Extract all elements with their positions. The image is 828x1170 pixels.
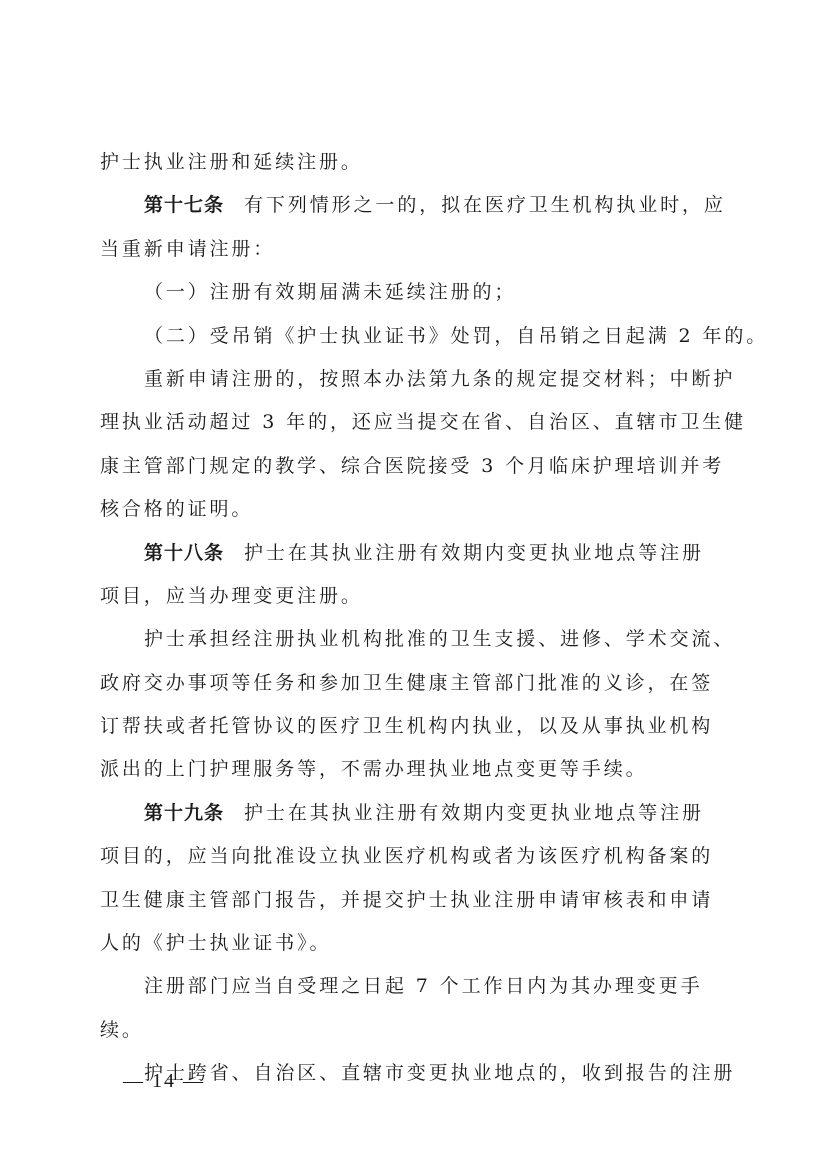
text-line: 理执业活动超过 3 年的，还应当提交在省、自治区、直辖市卫生健 <box>100 401 714 444</box>
paragraph-start: 护士承担经注册执业机构批准的卫生支援、进修、学术交流、 <box>100 618 714 661</box>
article-text: 护士在其执业注册有效期内变更执业地点等注册 <box>244 542 704 564</box>
list-item: （一）注册有效期届满未延续注册的； <box>100 271 714 314</box>
text-line: 康主管部门规定的教学、综合医院接受 3 个月临床护理培训并考 <box>100 445 714 488</box>
text-line: 卫生健康主管部门报告，并提交护士执业注册申请审核表和申请 <box>100 879 714 922</box>
text-line: 项目，应当办理变更注册。 <box>100 575 714 618</box>
article-18-line: 第十八条护士在其执业注册有效期内变更执业地点等注册 <box>100 532 714 575</box>
article-heading: 第十八条 <box>144 542 224 564</box>
article-17-line: 第十七条有下列情形之一的，拟在医疗卫生机构执业时，应 <box>100 184 714 227</box>
article-heading: 第十九条 <box>144 802 224 824</box>
article-19-line: 第十九条护士在其执业注册有效期内变更执业地点等注册 <box>100 792 714 835</box>
list-item: （二）受吊销《护士执业证书》处罚，自吊销之日起满 2 年的。 <box>100 315 714 358</box>
text-line: 护士执业注册和延续注册。 <box>100 141 714 184</box>
page-number: — 14 — <box>123 1070 205 1093</box>
text-line: 核合格的证明。 <box>100 488 714 531</box>
paragraph-start: 重新申请注册的，按照本办法第九条的规定提交材料；中断护 <box>100 358 714 401</box>
article-text: 有下列情形之一的，拟在医疗卫生机构执业时，应 <box>244 194 726 216</box>
text-line: 派出的上门护理服务等，不需办理执业地点变更等手续。 <box>100 748 714 791</box>
text-line: 政府交办事项等任务和参加卫生健康主管部门批准的义诊，在签 <box>100 662 714 705</box>
text-line: 当重新申请注册： <box>100 228 714 271</box>
text-line: 订帮扶或者托管协议的医疗卫生机构内执业，以及从事执业机构 <box>100 705 714 748</box>
document-page: 护士执业注册和延续注册。 第十七条有下列情形之一的，拟在医疗卫生机构执业时，应 … <box>100 141 714 1096</box>
article-text: 护士在其执业注册有效期内变更执业地点等注册 <box>244 802 704 824</box>
text-line: 续。 <box>100 1009 714 1052</box>
paragraph-start: 注册部门应当自受理之日起 7 个工作日内为其办理变更手 <box>100 965 714 1008</box>
text-line: 人的《护士执业证书》。 <box>100 922 714 965</box>
article-heading: 第十七条 <box>144 194 224 216</box>
text-line: 项目的，应当向批准设立执业医疗机构或者为该医疗机构备案的 <box>100 835 714 878</box>
